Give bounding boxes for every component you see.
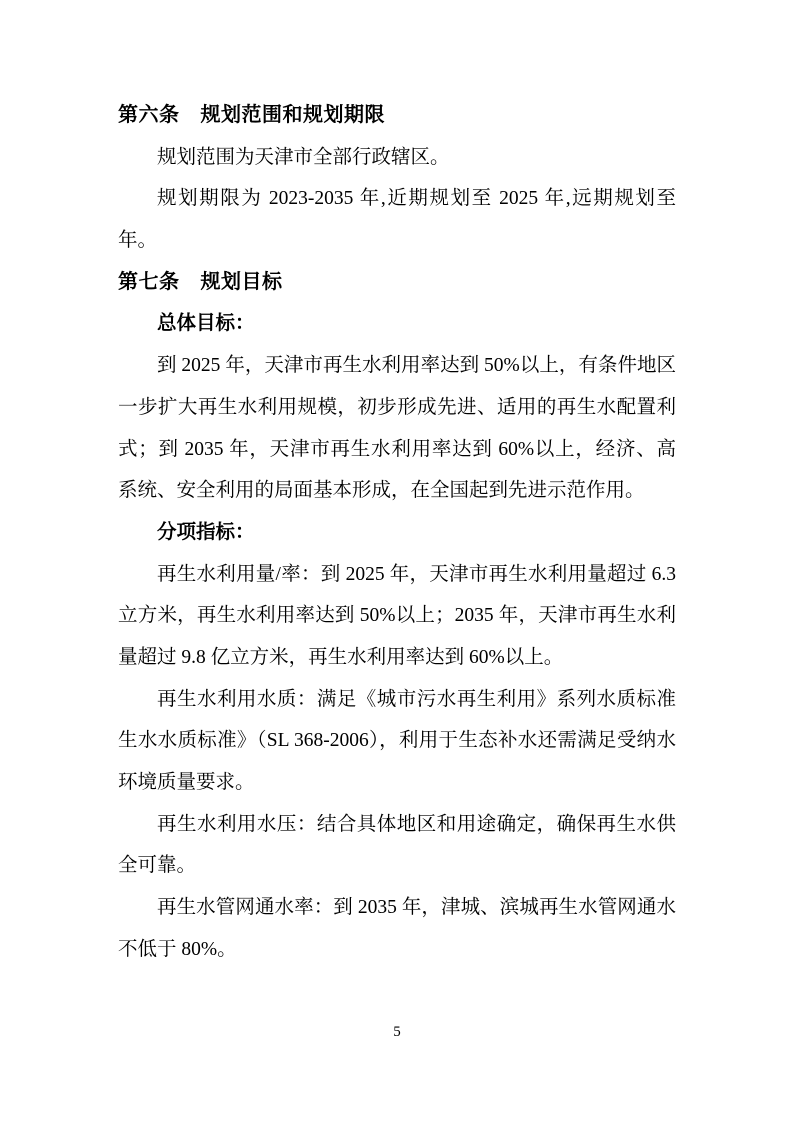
body-line: 不低于 80%。 xyxy=(118,929,676,971)
body-line: 生水水质标准》（SL 368-2006），利用于生态补水还需满足受纳水体水 xyxy=(118,720,676,762)
article-6-title: 规划范围和规划期限 xyxy=(201,104,386,126)
article-7-title: 规划目标 xyxy=(201,271,283,293)
body-line: 规划范围为天津市全部行政辖区。 xyxy=(118,137,676,179)
article-7-heading: 第七条规划目标 xyxy=(118,262,676,304)
article-6-heading: 第六条规划范围和规划期限 xyxy=(118,95,676,137)
body-line: 一步扩大再生水利用规模，初步形成先进、适用的再生水配置利用模 xyxy=(118,387,676,429)
body-line: 式；到 2035 年，天津市再生水利用率达到 60%以上，经济、高效、 xyxy=(118,429,676,471)
article-6-label: 第六条 xyxy=(118,104,180,126)
body-line: 再生水管网通水率：到 2035 年，津城、滨城再生水管网通水率 xyxy=(118,887,676,929)
body-line: 量超过 9.8 亿立方米，再生水利用率达到 60%以上。 xyxy=(118,637,676,679)
body-line: 立方米，再生水利用率达到 50%以上；2035 年，天津市再生水利用 xyxy=(118,595,676,637)
body-line: 再生水利用水质：满足《城市污水再生利用》系列水质标准和《再 xyxy=(118,679,676,721)
body-line: 再生水利用水压：结合具体地区和用途确定，确保再生水供水安 xyxy=(118,804,676,846)
body-line: 年。 xyxy=(118,220,676,262)
body-line: 规划期限为 2023-2035 年,近期规划至 2025 年,远期规划至 203… xyxy=(118,178,676,220)
body-line: 环境质量要求。 xyxy=(118,762,676,804)
body-line: 系统、安全利用的局面基本形成，在全国起到先进示范作用。 xyxy=(118,470,676,512)
body-line: 全可靠。 xyxy=(118,845,676,887)
article-7-label: 第七条 xyxy=(118,271,180,293)
page-number: 5 xyxy=(0,1021,794,1043)
body-line: 到 2025 年，天津市再生水利用率达到 50%以上，有条件地区进 xyxy=(118,345,676,387)
document-content: 第六条规划范围和规划期限 规划范围为天津市全部行政辖区。 规划期限为 2023-… xyxy=(118,95,676,970)
subsection-title-overall-goals: 总体目标： xyxy=(118,303,676,345)
subsection-title-itemized-indicators: 分项指标： xyxy=(118,512,676,554)
body-line: 再生水利用量/率：到 2025 年，天津市再生水利用量超过 6.3 亿 xyxy=(118,554,676,596)
document-page: 第六条规划范围和规划期限 规划范围为天津市全部行政辖区。 规划期限为 2023-… xyxy=(0,0,794,1123)
